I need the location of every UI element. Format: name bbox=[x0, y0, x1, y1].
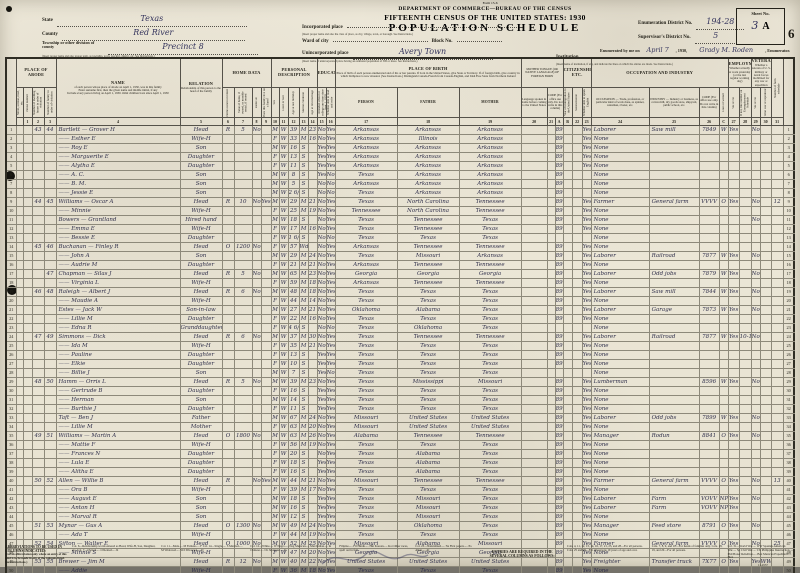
cell-line-r: 38 bbox=[783, 459, 794, 468]
cell-occupation: None bbox=[591, 297, 649, 306]
cell-occupation: Laborer bbox=[591, 504, 649, 513]
cell-veteran bbox=[751, 315, 760, 324]
cell-school: No bbox=[317, 486, 326, 495]
cell-line-l: 2 bbox=[6, 135, 16, 144]
cell-line-r: 39 bbox=[783, 468, 794, 477]
cell-radio bbox=[252, 459, 261, 468]
cell-birthplace: Texas bbox=[335, 252, 397, 261]
cell-radio bbox=[252, 216, 261, 225]
cell-dwelling bbox=[32, 270, 44, 279]
cell-veteran: No bbox=[751, 126, 760, 135]
cell-code-a bbox=[547, 423, 555, 432]
cell-tongue bbox=[521, 126, 547, 135]
subcol-dwelling-number: Number of dwelling house in order of vis… bbox=[32, 88, 44, 118]
cell-dwelling bbox=[32, 351, 44, 360]
cell-employed bbox=[728, 243, 739, 252]
cell-father-birthplace: Illinois bbox=[397, 135, 459, 144]
cell-street bbox=[16, 270, 23, 279]
cell-line-r: 22 bbox=[783, 315, 794, 324]
cell-tongue bbox=[521, 261, 547, 270]
cell-industry bbox=[649, 279, 699, 288]
cell-line-r: 26 bbox=[783, 351, 794, 360]
cell-unemp-line bbox=[739, 270, 751, 279]
cell-farm bbox=[261, 162, 271, 171]
cell-father-birthplace: Texas bbox=[397, 297, 459, 306]
cell-employed: Yes bbox=[728, 495, 739, 504]
cell-father-birthplace: Tennessee bbox=[397, 477, 459, 486]
cell-occupation: None bbox=[591, 171, 649, 180]
cell-veteran bbox=[751, 486, 760, 495]
unincorporated-label: Unincorporated place bbox=[302, 51, 349, 56]
cell-read-write: Yes bbox=[326, 441, 335, 450]
cell-code-b: 89 bbox=[555, 126, 563, 135]
table-row: 33Taft — Ben JFatherMW67M24NoYesMissouri… bbox=[6, 414, 794, 423]
cell-veteran bbox=[751, 279, 760, 288]
cell-employed bbox=[728, 216, 739, 225]
cell-employed bbox=[728, 279, 739, 288]
cell-naturalization bbox=[572, 144, 582, 153]
cell-sex: F bbox=[271, 261, 279, 270]
cell-marital: S bbox=[299, 504, 308, 513]
col-number: 2 bbox=[32, 118, 44, 126]
cell-immigration bbox=[563, 171, 572, 180]
cell-occ-code bbox=[699, 405, 719, 414]
cell-value: 5 bbox=[234, 126, 252, 135]
cell-english: Yes bbox=[582, 342, 591, 351]
cell-unemp-line bbox=[739, 531, 751, 540]
cell-owned bbox=[222, 189, 234, 198]
cell-worker-class: W bbox=[719, 288, 728, 297]
cell-war bbox=[760, 486, 771, 495]
cell-sex: M bbox=[271, 180, 279, 189]
cell-relation: Son bbox=[180, 189, 222, 198]
cell-war bbox=[760, 162, 771, 171]
cell-relation: Wife-H bbox=[180, 297, 222, 306]
cell-immigration bbox=[563, 351, 572, 360]
cell-dwelling: 46 bbox=[32, 288, 44, 297]
cell-unemp-line bbox=[739, 234, 751, 243]
cell-relation: Daughter bbox=[180, 162, 222, 171]
cell-tongue bbox=[521, 342, 547, 351]
cell-naturalization bbox=[572, 225, 582, 234]
cell-war bbox=[760, 567, 771, 573]
cell-farm-schedule bbox=[771, 135, 783, 144]
cell-line-r: 24 bbox=[783, 333, 794, 342]
cell-family bbox=[44, 441, 56, 450]
cell-line-l: 19 bbox=[6, 288, 16, 297]
table-row: 20—— Maudie AWife-HFW44M14NoYesTexasTexa… bbox=[6, 297, 794, 306]
cell-farm-schedule bbox=[771, 522, 783, 531]
cell-relation: Wife-H bbox=[180, 207, 222, 216]
cell-line-l: 11 bbox=[6, 216, 16, 225]
cell-code-b: 89 bbox=[555, 315, 563, 324]
cell-immigration bbox=[563, 423, 572, 432]
cell-code-a bbox=[547, 495, 555, 504]
cell-naturalization bbox=[572, 459, 582, 468]
subcol-war: What war or expedition bbox=[760, 88, 771, 118]
cell-value bbox=[234, 135, 252, 144]
cell-birthplace: Texas bbox=[335, 198, 397, 207]
col-number: B bbox=[563, 118, 572, 126]
cell-father-birthplace: Texas bbox=[397, 360, 459, 369]
cell-immigration bbox=[563, 504, 572, 513]
cell-tongue bbox=[521, 144, 547, 153]
cell-immigration bbox=[563, 153, 572, 162]
cell-name: —— Burthie J bbox=[56, 405, 180, 414]
cell-age-married bbox=[308, 180, 317, 189]
cell-relation: Head bbox=[180, 126, 222, 135]
cell-occupation: None bbox=[591, 369, 649, 378]
cell-industry bbox=[649, 315, 699, 324]
cell-code-b: 89 bbox=[555, 423, 563, 432]
cell-radio bbox=[252, 513, 261, 522]
cell-employed bbox=[728, 162, 739, 171]
col-number: 16 bbox=[326, 118, 335, 126]
cell-color: W bbox=[279, 288, 288, 297]
cell-radio bbox=[252, 153, 261, 162]
cell-relation: Son bbox=[180, 180, 222, 189]
cell-code-a bbox=[547, 378, 555, 387]
cell-farm bbox=[261, 342, 271, 351]
cell-occ-code bbox=[699, 423, 719, 432]
cell-line-r: 2 bbox=[783, 135, 794, 144]
abbr-block: Col. 6—Relationship words entered as Hea… bbox=[72, 545, 156, 553]
cell-owned bbox=[222, 144, 234, 153]
cell-radio bbox=[252, 171, 261, 180]
cell-school: Yes bbox=[317, 369, 326, 378]
cell-employed bbox=[728, 180, 739, 189]
cell-line-r: 12 bbox=[783, 225, 794, 234]
cell-employed bbox=[728, 423, 739, 432]
cell-marital: S bbox=[299, 180, 308, 189]
cell-occupation: None bbox=[591, 468, 649, 477]
cell-house bbox=[23, 495, 32, 504]
line-number-column-left bbox=[6, 58, 16, 126]
cell-tongue bbox=[521, 297, 547, 306]
group-mother-tongue: MOTHER TONGUE (OR NATIVE LANGUAGE) OF FO… bbox=[521, 58, 563, 88]
cell-value bbox=[234, 207, 252, 216]
cell-read-write: Yes bbox=[326, 495, 335, 504]
cell-street bbox=[16, 387, 23, 396]
col-number: 11 bbox=[279, 118, 288, 126]
cell-industry bbox=[649, 144, 699, 153]
cell-line-l: 22 bbox=[6, 315, 16, 324]
cell-color: W bbox=[279, 153, 288, 162]
cell-worker-class bbox=[719, 567, 728, 573]
cell-age: 5 bbox=[288, 180, 299, 189]
cell-name: —— Herman bbox=[56, 396, 180, 405]
cell-age: 14 bbox=[288, 396, 299, 405]
col-number: 26 bbox=[699, 118, 719, 126]
cell-color: W bbox=[279, 162, 288, 171]
cell-name: —— B. M. bbox=[56, 180, 180, 189]
cell-age-married bbox=[308, 504, 317, 513]
cell-birthplace: Texas bbox=[335, 288, 397, 297]
cell-age: 57 bbox=[288, 243, 299, 252]
table-row: 42—— August ESonMW18SYesYesTexasMissouri… bbox=[6, 495, 794, 504]
cell-read-write: Yes bbox=[326, 252, 335, 261]
cell-naturalization bbox=[572, 414, 582, 423]
cell-father-birthplace: Alabama bbox=[397, 450, 459, 459]
table-row: 37—— Frances NDaughterFW20SNoYesTexasAla… bbox=[6, 450, 794, 459]
cell-age-married: 19 bbox=[308, 207, 317, 216]
cell-veteran bbox=[751, 225, 760, 234]
cell-war bbox=[760, 270, 771, 279]
cell-age-married: 23 bbox=[308, 270, 317, 279]
cell-read-write: Yes bbox=[326, 513, 335, 522]
cell-code-b: 89 bbox=[555, 225, 563, 234]
cell-line-l: 33 bbox=[6, 414, 16, 423]
cell-dwelling bbox=[32, 387, 44, 396]
cell-color: W bbox=[279, 126, 288, 135]
cell-occ-code bbox=[699, 324, 719, 333]
cell-read-write: Yes bbox=[326, 450, 335, 459]
cell-naturalization bbox=[572, 423, 582, 432]
cell-industry bbox=[649, 162, 699, 171]
cell-unemp-line bbox=[739, 162, 751, 171]
cell-dwelling bbox=[32, 495, 44, 504]
cell-house bbox=[23, 261, 32, 270]
cell-birthplace: Texas bbox=[335, 297, 397, 306]
cell-family bbox=[44, 207, 56, 216]
cell-radio: No bbox=[252, 432, 261, 441]
cell-occ-code bbox=[699, 342, 719, 351]
cell-industry bbox=[649, 486, 699, 495]
cell-birthplace: Arkansas bbox=[335, 180, 397, 189]
subcol-owned-rented: Home owned or rented bbox=[222, 88, 234, 118]
cell-unemp-line bbox=[739, 351, 751, 360]
table-row: 11Bowers — GrantlandHired handMW18SNoYes… bbox=[6, 216, 794, 225]
cell-farm-schedule bbox=[771, 351, 783, 360]
cell-sex: M bbox=[271, 369, 279, 378]
table-row: 41—— Ora BWife-HFW39M17NoYesTexasTexasTe… bbox=[6, 486, 794, 495]
cell-owned bbox=[222, 216, 234, 225]
cell-age-married: 21 bbox=[308, 477, 317, 486]
cell-mother-birthplace: Texas bbox=[459, 531, 521, 540]
cell-color: W bbox=[279, 369, 288, 378]
cell-age-married: 14 bbox=[308, 297, 317, 306]
cell-name: Hamm — Orris L bbox=[56, 378, 180, 387]
table-row: 27—— ElkieDaughterFW10SYesYesTexasTexasT… bbox=[6, 360, 794, 369]
cell-birthplace: Texas bbox=[335, 342, 397, 351]
cell-war bbox=[760, 504, 771, 513]
subcol-radio-set: Radio set bbox=[252, 88, 261, 118]
table-row: 18—— Virginia LWife-HFW59M18NoYesArkansa… bbox=[6, 279, 794, 288]
cell-farm-schedule bbox=[771, 270, 783, 279]
cell-value bbox=[234, 342, 252, 351]
cell-owned bbox=[222, 171, 234, 180]
cell-naturalization bbox=[572, 387, 582, 396]
cell-street bbox=[16, 396, 23, 405]
cell-farm bbox=[261, 432, 271, 441]
cell-code-a bbox=[547, 162, 555, 171]
cell-immigration bbox=[563, 432, 572, 441]
cell-employed bbox=[728, 459, 739, 468]
cell-marital: M bbox=[299, 225, 308, 234]
cell-name: —— Lula E bbox=[56, 459, 180, 468]
cell-code-a bbox=[547, 450, 555, 459]
cell-line-r: 19 bbox=[783, 288, 794, 297]
cell-industry: General farm bbox=[649, 477, 699, 486]
cell-street bbox=[16, 189, 23, 198]
cell-line-r: 6 bbox=[783, 171, 794, 180]
cell-farm bbox=[261, 450, 271, 459]
cell-unemp-line bbox=[739, 297, 751, 306]
cell-mother-birthplace: Texas bbox=[459, 468, 521, 477]
cell-industry: General farm bbox=[649, 198, 699, 207]
cell-read-write: Yes bbox=[326, 144, 335, 153]
cell-occupation: None bbox=[591, 243, 649, 252]
cell-war bbox=[760, 405, 771, 414]
cell-owned bbox=[222, 486, 234, 495]
cell-father-birthplace: Arkansas bbox=[397, 126, 459, 135]
cell-farm-schedule bbox=[771, 513, 783, 522]
cell-farm-schedule bbox=[771, 261, 783, 270]
cell-line-r: 23 bbox=[783, 324, 794, 333]
cell-owned bbox=[222, 279, 234, 288]
abbreviations-title: ABBREVIATIONS TO BE USED IN COLUMNS INDI… bbox=[5, 545, 67, 564]
cell-farm-schedule bbox=[771, 153, 783, 162]
cell-sex: M bbox=[271, 522, 279, 531]
cell-code-b: 89 bbox=[555, 144, 563, 153]
cell-employed bbox=[728, 324, 739, 333]
cell-farm bbox=[261, 351, 271, 360]
cell-father-birthplace: North Carolina bbox=[397, 207, 459, 216]
cell-farm bbox=[261, 396, 271, 405]
cell-sex: F bbox=[271, 405, 279, 414]
cell-tongue bbox=[521, 225, 547, 234]
cell-owned bbox=[222, 369, 234, 378]
cell-value bbox=[234, 279, 252, 288]
cell-birthplace: Texas bbox=[335, 495, 397, 504]
cell-value bbox=[234, 504, 252, 513]
cell-occupation: Laborer bbox=[591, 270, 649, 279]
cell-code-a bbox=[547, 243, 555, 252]
cell-code-b: 89 bbox=[555, 189, 563, 198]
cell-relation: Daughter bbox=[180, 459, 222, 468]
cell-veteran bbox=[751, 360, 760, 369]
subcol-house-number: House number bbox=[23, 88, 32, 118]
cell-tongue bbox=[521, 252, 547, 261]
cell-birthplace: Texas bbox=[335, 459, 397, 468]
cell-code-a bbox=[547, 387, 555, 396]
cell-marital: M bbox=[299, 279, 308, 288]
cell-family: 45 bbox=[44, 198, 56, 207]
group-personal-description: PERSONAL DESCRIPTION bbox=[271, 58, 317, 88]
cell-mother-birthplace: Arkansas bbox=[459, 153, 521, 162]
cell-relation: Son-in-law bbox=[180, 306, 222, 315]
cell-farm-schedule bbox=[771, 360, 783, 369]
cell-farm-schedule bbox=[771, 252, 783, 261]
cell-english: Yes bbox=[582, 522, 591, 531]
cell-farm bbox=[261, 441, 271, 450]
cell-radio: No bbox=[252, 126, 261, 135]
cell-name: —— Ida M bbox=[56, 342, 180, 351]
cell-war bbox=[760, 126, 771, 135]
cell-immigration bbox=[563, 162, 572, 171]
cell-name: —— Marval R bbox=[56, 513, 180, 522]
cell-sex: F bbox=[271, 441, 279, 450]
cell-unemp-line bbox=[739, 144, 751, 153]
subcol-read-write: Whether able to read and write bbox=[326, 88, 335, 118]
cell-family: 48 bbox=[44, 288, 56, 297]
cell-marital: S bbox=[299, 513, 308, 522]
cell-farm-schedule bbox=[771, 126, 783, 135]
cell-farm bbox=[261, 495, 271, 504]
cell-naturalization bbox=[572, 288, 582, 297]
cell-dwelling bbox=[32, 513, 44, 522]
unincorporated-value: Avery Town bbox=[399, 47, 446, 56]
cell-marital: S bbox=[299, 171, 308, 180]
cell-school: Yes bbox=[317, 171, 326, 180]
cell-code-b: 89 bbox=[555, 567, 563, 573]
cell-color: W bbox=[279, 279, 288, 288]
cell-code-a bbox=[547, 207, 555, 216]
cell-occ-code bbox=[699, 468, 719, 477]
cell-read-write: No bbox=[326, 234, 335, 243]
cell-birthplace: Texas bbox=[335, 468, 397, 477]
cell-occupation: None bbox=[591, 567, 649, 573]
cell-code-a bbox=[547, 288, 555, 297]
cell-worker-class bbox=[719, 369, 728, 378]
cell-war bbox=[760, 207, 771, 216]
subcol-employed: Yes or No bbox=[728, 88, 739, 118]
cell-tongue bbox=[521, 351, 547, 360]
cell-name: Bowers — Grantland bbox=[56, 216, 180, 225]
cell-code-b: 89 bbox=[555, 414, 563, 423]
cell-color: W bbox=[279, 450, 288, 459]
cell-farm-schedule bbox=[771, 468, 783, 477]
cell-sex: M bbox=[271, 198, 279, 207]
subcol-industry: INDUSTRY — Industry or business, as cott… bbox=[649, 88, 699, 118]
cell-veteran: No bbox=[751, 216, 760, 225]
cell-occ-code bbox=[699, 567, 719, 573]
cell-family bbox=[44, 405, 56, 414]
cell-code-b: 89 bbox=[555, 351, 563, 360]
cell-veteran bbox=[751, 396, 760, 405]
cell-code-a bbox=[547, 531, 555, 540]
cell-immigration bbox=[563, 333, 572, 342]
cell-industry: Feed store bbox=[649, 522, 699, 531]
cell-name: —— Pauline bbox=[56, 351, 180, 360]
cell-industry: Odd jobs bbox=[649, 414, 699, 423]
col-number: 17 bbox=[335, 118, 397, 126]
cell-color: W bbox=[279, 216, 288, 225]
entries-block: Cols. 4, 11, 12, 13, 14, 16, 17, 21, 23,… bbox=[567, 545, 647, 553]
cell-name: —— Roy E bbox=[56, 144, 180, 153]
cell-farm bbox=[261, 189, 271, 198]
cell-farm bbox=[261, 306, 271, 315]
enumerated-label: Enumerated by me on bbox=[600, 48, 640, 53]
cell-birthplace: Texas bbox=[335, 234, 397, 243]
cell-street bbox=[16, 423, 23, 432]
cell-father-birthplace: Texas bbox=[397, 288, 459, 297]
cell-sex: F bbox=[271, 153, 279, 162]
cell-school: No bbox=[317, 243, 326, 252]
cell-code-b: 89 bbox=[555, 306, 563, 315]
cell-marital: S bbox=[299, 189, 308, 198]
cell-line-l: 8 bbox=[6, 189, 16, 198]
cell-naturalization bbox=[572, 432, 582, 441]
cell-unemp-line bbox=[739, 279, 751, 288]
cell-veteran bbox=[751, 153, 760, 162]
cell-dwelling: 45 bbox=[32, 243, 44, 252]
cell-school: No bbox=[317, 414, 326, 423]
cell-worker-class: NP bbox=[719, 495, 728, 504]
col-number: 18 bbox=[397, 118, 459, 126]
cell-value bbox=[234, 459, 252, 468]
cell-color: W bbox=[279, 513, 288, 522]
